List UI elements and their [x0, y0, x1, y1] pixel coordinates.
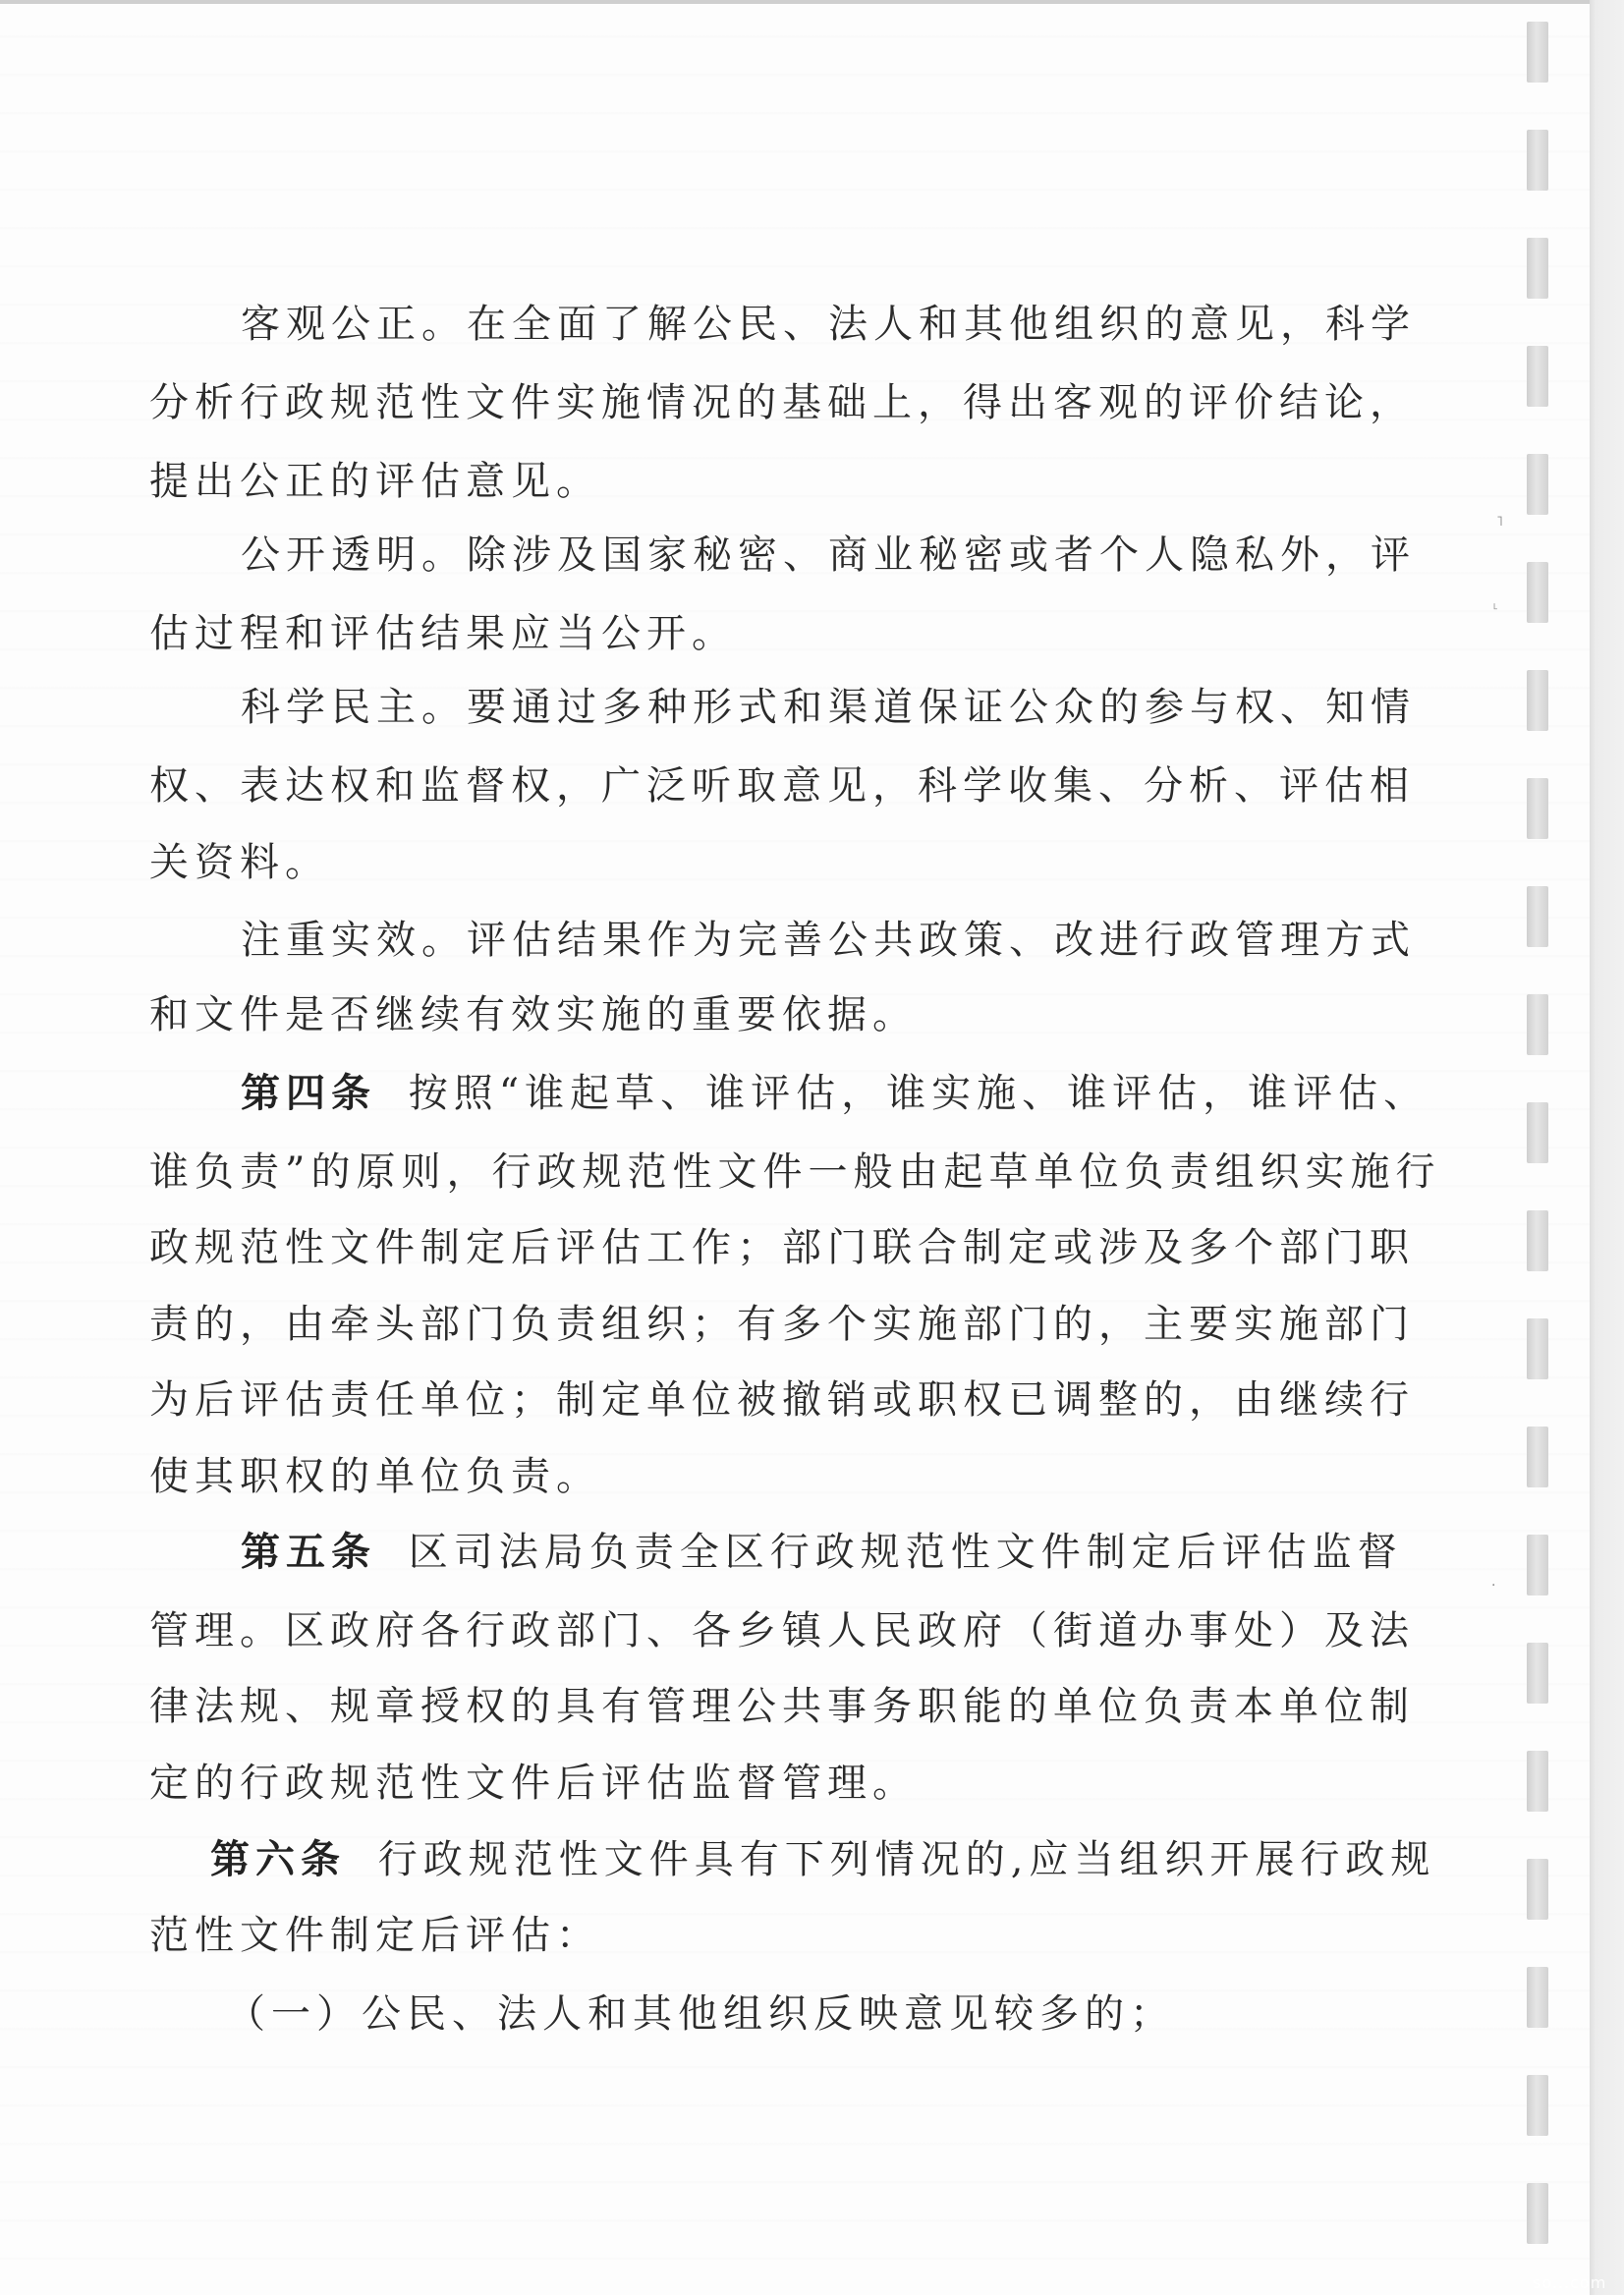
binder-hole — [1527, 1318, 1548, 1379]
binder-hole — [1527, 454, 1548, 515]
scan-speck: · — [1491, 1578, 1495, 1594]
text-line: 注重实效。评估结果作为完善公共政策、改进行政管理方式 — [241, 911, 1416, 970]
text-line: 责的，由牵头部门负责组织；有多个实施部门的，主要实施部门 — [149, 1295, 1415, 1354]
binder-hole — [1527, 1102, 1548, 1163]
binder-hole — [1527, 1535, 1548, 1595]
binder-hole — [1527, 994, 1548, 1055]
binder-hole — [1527, 886, 1548, 947]
binder-hole — [1527, 1967, 1548, 2028]
binder-hole — [1527, 562, 1548, 623]
text-line: 分析行政规范性文件实施情况的基础上，得出客观的评价结论， — [149, 373, 1415, 432]
binder-hole — [1527, 670, 1548, 731]
binder-hole — [1527, 1210, 1548, 1271]
binder-hole — [1527, 346, 1548, 407]
binder-hole — [1527, 1751, 1548, 1812]
article-4-line: 第四条 按照“谁起草、谁评估，谁实施、谁评估，谁评估、 — [241, 1064, 1428, 1123]
article-6-heading: 第六条 — [210, 1836, 346, 1882]
list-item-1: （一）公民、法人和其他组织反映意见较多的； — [226, 1985, 1175, 2043]
watermark: so...com — [1533, 2273, 1606, 2292]
text-line: 政规范性文件制定后评估工作；部门联合制定或涉及多个部门职 — [149, 1218, 1415, 1277]
text-line: 和文件是否继续有效实施的重要依据。 — [149, 985, 918, 1044]
text-line: 科学民主。要通过多种形式和渠道保证公众的参与权、知情 — [241, 678, 1416, 737]
article-5-text: 区司法局负责全区行政规范性文件制定后评估监督 — [409, 1530, 1403, 1575]
binder-hole — [1527, 1643, 1548, 1704]
binder-hole — [1527, 778, 1548, 839]
article-4-heading: 第四条 — [241, 1070, 376, 1116]
binder-hole — [1527, 238, 1548, 299]
scan-speck: ˪ — [1493, 597, 1498, 614]
text-line: 为后评估责任单位；制定单位被撤销或职权已调整的，由继续行 — [149, 1371, 1415, 1429]
text-line: 关资料。 — [149, 833, 330, 892]
binder-hole — [1527, 130, 1548, 191]
text-line: 权、表达权和监督权，广泛听取意见，科学收集、分析、评估相 — [149, 756, 1415, 815]
text-line: 估过程和评估结果应当公开。 — [149, 604, 737, 663]
binder-hole — [1527, 1427, 1548, 1487]
text-line: 定的行政规范性文件后评估监督管理。 — [149, 1754, 918, 1813]
text-line: 公开透明。除涉及国家秘密、商业秘密或者个人隐私外，评 — [241, 526, 1416, 585]
scan-speck: ˥ — [1496, 514, 1503, 530]
text-line: 范性文件制定后评估： — [149, 1906, 601, 1965]
article-6-text: 行政规范性文件具有下列情况的,应当组织开展行政规 — [378, 1837, 1436, 1882]
document-page: 客观公正。在全面了解公民、法人和其他组织的意见，科学 分析行政规范性文件实施情况… — [0, 0, 1590, 2295]
binding-strip — [1590, 0, 1624, 2295]
text-line: 使其职权的单位负责。 — [149, 1447, 601, 1506]
binder-hole — [1527, 2183, 1548, 2244]
text-line: 客观公正。在全面了解公民、法人和其他组织的意见，科学 — [241, 295, 1416, 354]
text-line: 提出公正的评估意见。 — [149, 452, 601, 511]
article-4-text: 按照“谁起草、谁评估，谁实施、谁评估，谁评估、 — [409, 1071, 1428, 1116]
binder-hole — [1527, 22, 1548, 83]
binder-hole — [1527, 2075, 1548, 2136]
text-line: 管理。区政府各行政部门、各乡镇人民政府（街道办事处）及法 — [149, 1601, 1415, 1660]
article-6-line: 第六条 行政规范性文件具有下列情况的,应当组织开展行政规 — [210, 1830, 1435, 1889]
article-5-line: 第五条 区司法局负责全区行政规范性文件制定后评估监督 — [241, 1523, 1403, 1582]
article-5-heading: 第五条 — [241, 1529, 376, 1575]
binder-hole — [1527, 1859, 1548, 1920]
text-line: 谁负责”的原则，行政规范性文件一般由起草单位负责组织实施行 — [149, 1143, 1440, 1202]
text-line: 律法规、规章授权的具有管理公共事务职能的单位负责本单位制 — [149, 1677, 1415, 1736]
